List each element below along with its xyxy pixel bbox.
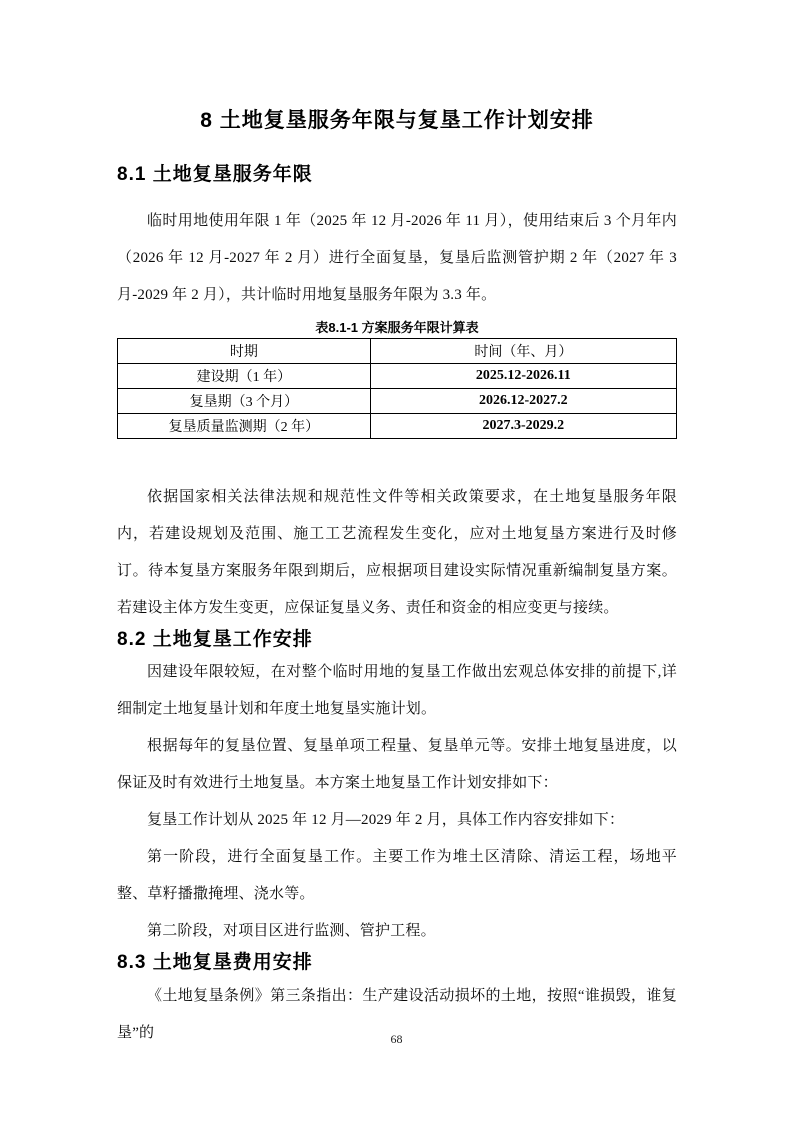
table-cell-period: 复垦质量监测期（2 年） <box>118 414 371 439</box>
section-8-2-paragraph-plan-dates: 复垦工作计划从 2025 年 12 月—2029 年 2 月，具体工作内容安排如… <box>117 802 677 839</box>
table-cell-period: 复垦期（3 个月） <box>118 389 371 414</box>
section-8-1-paragraph-policy: 依据国家相关法律法规和规范性文件等相关政策要求，在土地复垦服务年限内，若建设规划… <box>117 479 677 627</box>
table-row: 建设期（1 年） 2025.12-2026.11 <box>118 364 677 389</box>
table-row: 复垦质量监测期（2 年） 2027.3-2029.2 <box>118 414 677 439</box>
section-8-2-paragraph-stage-2: 第二阶段，对项目区进行监测、管护工程。 <box>117 913 677 950</box>
table-header-time: 时间（年、月） <box>370 339 676 364</box>
section-8-3-heading: 8.3 土地复垦费用安排 <box>117 950 677 976</box>
table-8-1-1-caption: 表8.1-1 方案服务年限计算表 <box>117 319 677 337</box>
page-number: 68 <box>0 1032 793 1047</box>
table-cell-time: 2026.12-2027.2 <box>370 389 676 414</box>
section-8-1-paragraph-service-period: 临时用地使用年限 1 年（2025 年 12 月-2026 年 11 月），使用… <box>117 203 677 314</box>
section-8-2-paragraph-overview: 因建设年限较短，在对整个临时用地的复垦工作做出宏观总体安排的前提下,详细制定土地… <box>117 654 677 728</box>
table-header-period: 时期 <box>118 339 371 364</box>
service-period-table: 时期 时间（年、月） 建设期（1 年） 2025.12-2026.11 复垦期（… <box>117 338 677 439</box>
table-header-row: 时期 时间（年、月） <box>118 339 677 364</box>
section-8-2-paragraph-stage-1: 第一阶段，进行全面复垦工作。主要工作为堆土区清除、清运工程，场地平整、草籽播撒掩… <box>117 839 677 913</box>
section-8-2-heading: 8.2 土地复垦工作安排 <box>117 627 677 653</box>
document-content: 8 土地复垦服务年限与复垦工作计划安排 8.1 土地复垦服务年限 临时用地使用年… <box>117 0 677 1052</box>
section-8-2-paragraph-schedule: 根据每年的复垦位置、复垦单项工程量、复垦单元等。安排土地复垦进度，以保证及时有效… <box>117 728 677 802</box>
table-cell-time: 2025.12-2026.11 <box>370 364 676 389</box>
table-cell-period: 建设期（1 年） <box>118 364 371 389</box>
chapter-title: 8 土地复垦服务年限与复垦工作计划安排 <box>117 106 677 136</box>
section-8-1-heading: 8.1 土地复垦服务年限 <box>117 162 677 188</box>
table-cell-time: 2027.3-2029.2 <box>370 414 676 439</box>
document-page: 8 土地复垦服务年限与复垦工作计划安排 8.1 土地复垦服务年限 临时用地使用年… <box>0 0 793 1121</box>
table-row: 复垦期（3 个月） 2026.12-2027.2 <box>118 389 677 414</box>
